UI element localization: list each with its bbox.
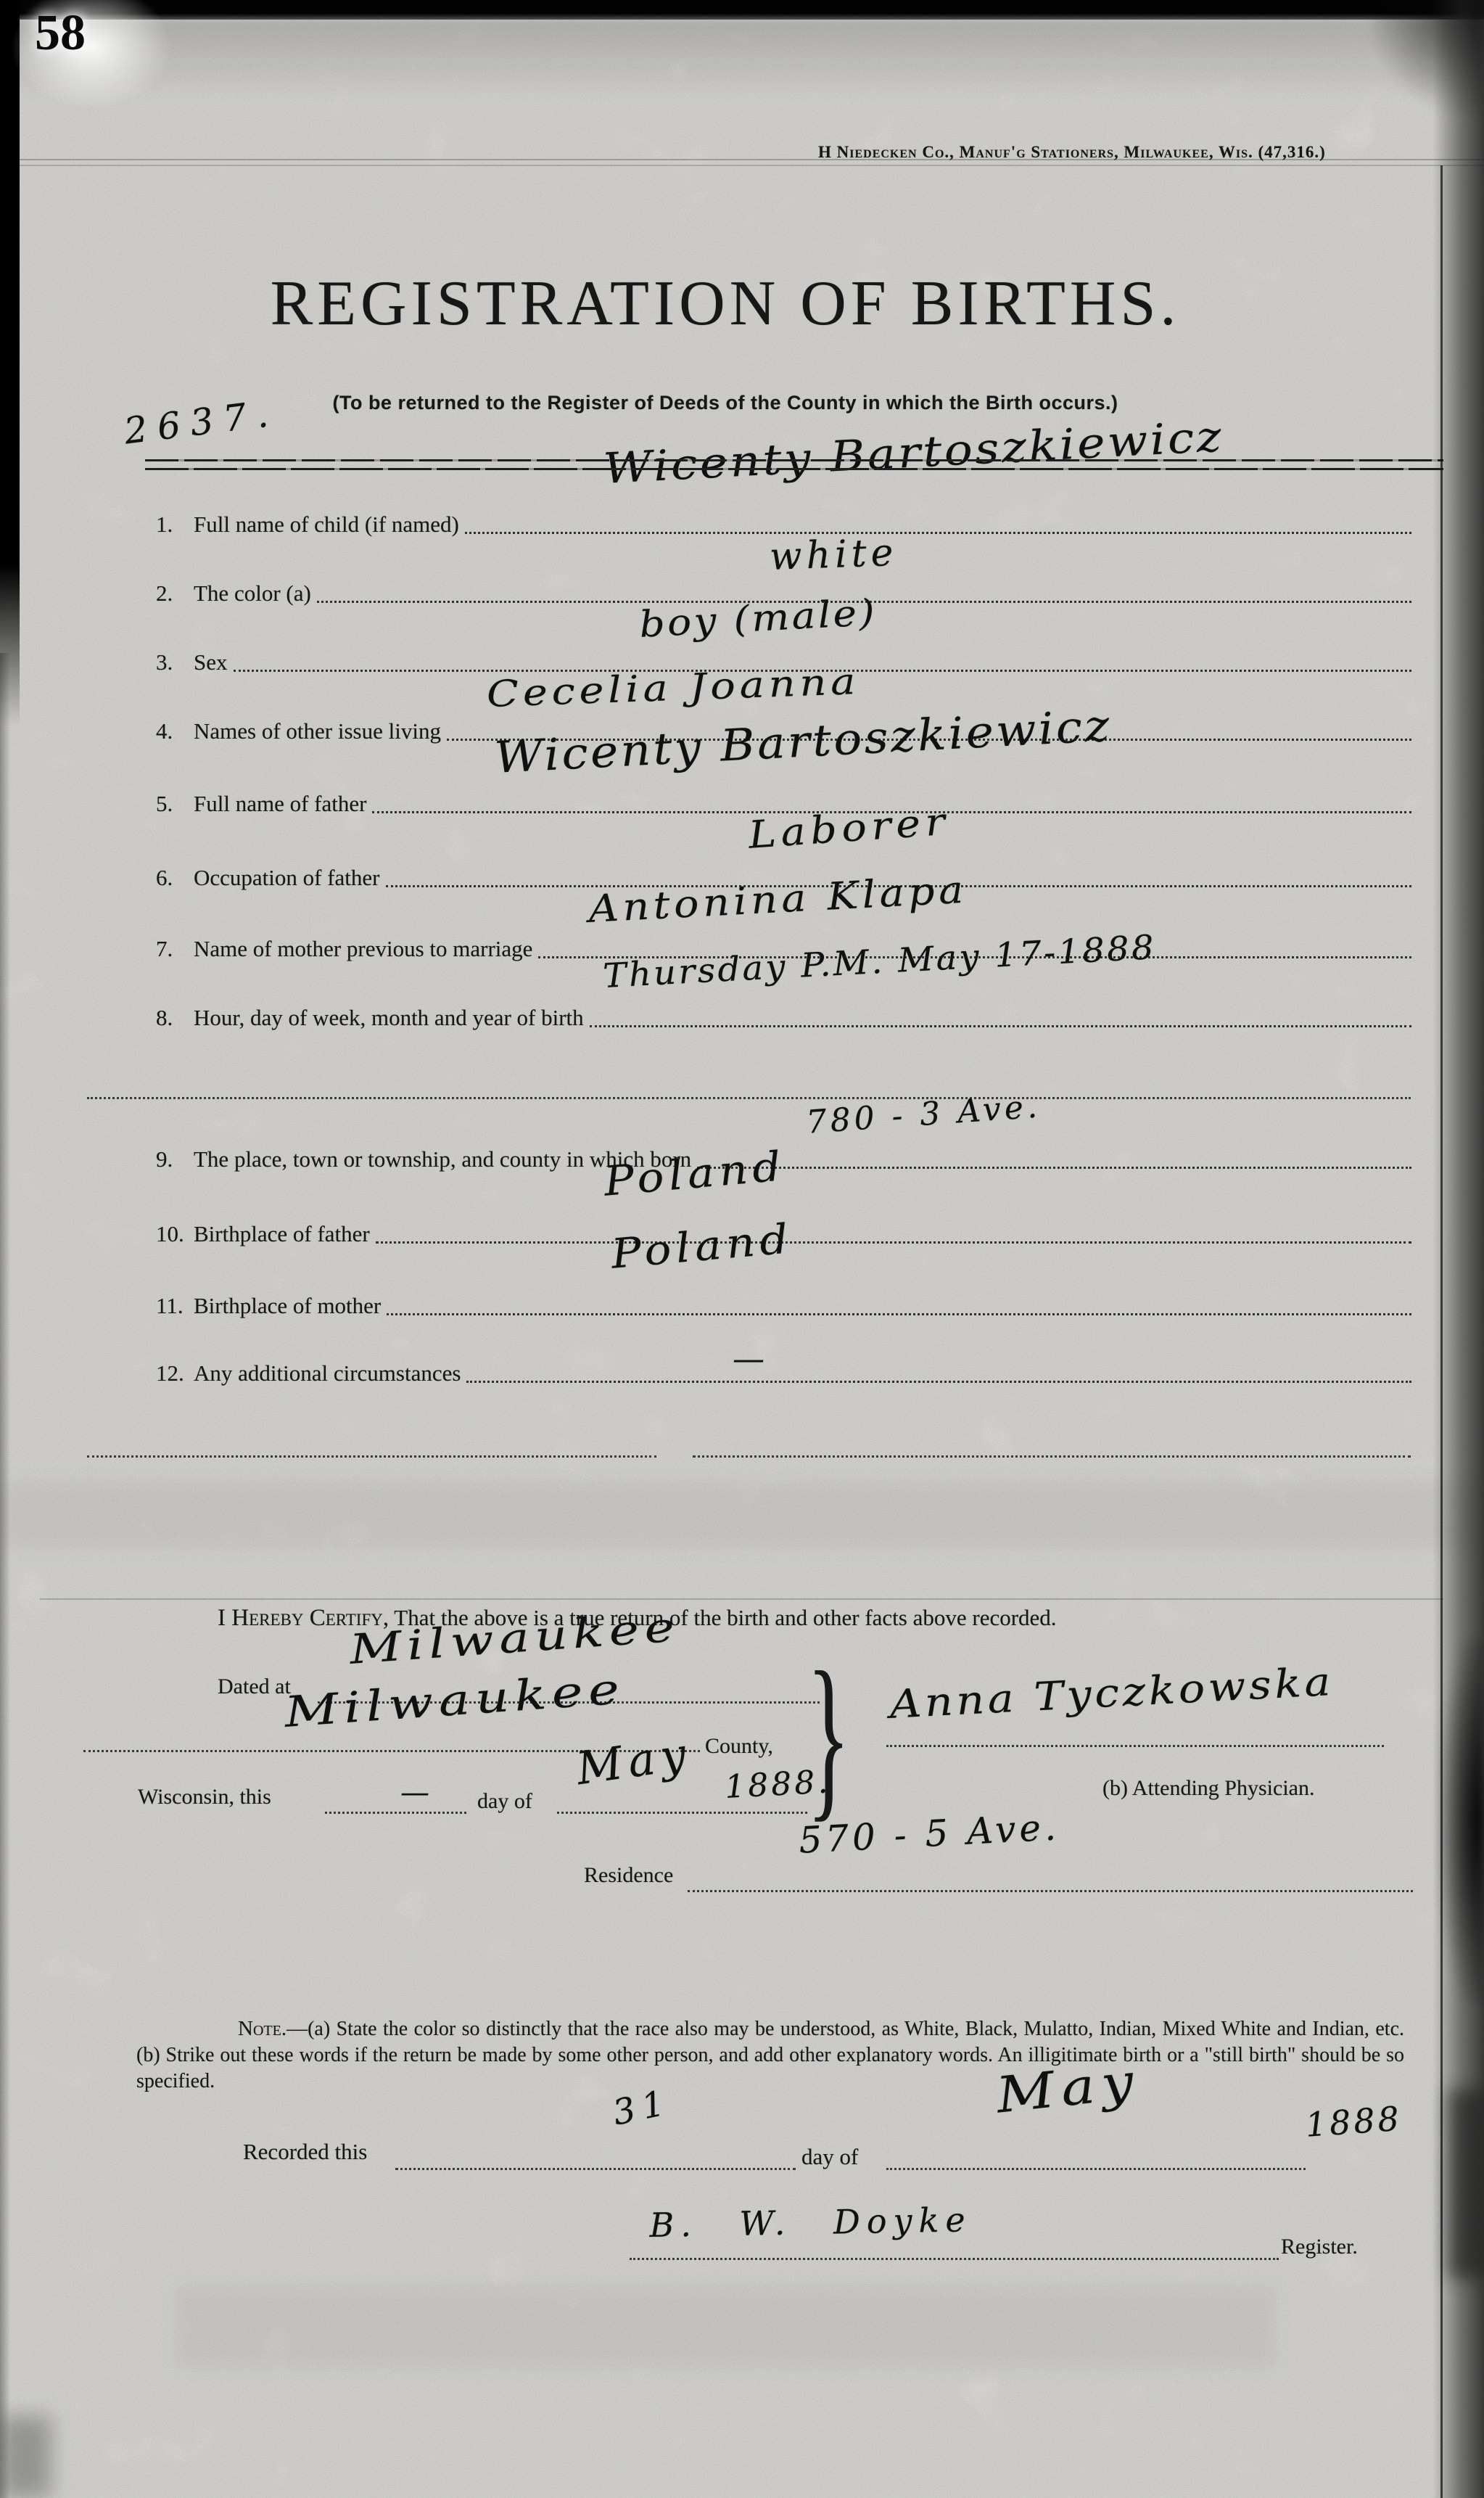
top-border-shadow <box>0 0 1484 20</box>
field-label: Names of other issue living <box>194 718 447 744</box>
dotted-fill-line <box>376 1241 1411 1244</box>
field-label: Full name of child (if named) <box>194 511 465 538</box>
certification-top-rule <box>40 1598 1443 1600</box>
residence-dotted-line <box>688 1890 1413 1892</box>
imprint-rule-2 <box>0 165 1484 166</box>
footnote-text: (a) State the color so distinctly that t… <box>136 2018 1404 2092</box>
field-row-1: 1.Full name of child (if named) <box>156 504 1411 538</box>
field-number: 5. <box>156 791 194 817</box>
bottom-left-corner-shadow <box>0 2416 51 2498</box>
register-dotted-line <box>630 2258 1279 2260</box>
field-label: Occupation of father <box>194 865 386 891</box>
document-title: REGISTRATION OF BIRTHS. <box>87 267 1364 340</box>
scan-gray-band-lower <box>174 2285 1277 2369</box>
field-label: Name of mother previous to marriage <box>194 936 538 962</box>
right-edge-shadow <box>1433 0 1484 2498</box>
right-edge-line <box>1440 165 1443 2498</box>
state-month-dotted-line <box>557 1812 807 1814</box>
handwritten-birth-place: 780 - 3 Ave. <box>805 1088 1042 1141</box>
field-row-11: 11.Birthplace of mother <box>156 1286 1411 1319</box>
footnote-lead: Note.— <box>238 2017 308 2040</box>
field-label: Birthplace of mother <box>194 1293 387 1319</box>
handwritten-recorded-year: 1888 <box>1304 2099 1403 2145</box>
top-right-corner-shadow <box>1371 0 1484 116</box>
field-number: 10. <box>156 1221 194 1247</box>
field-label: Hour, day of week, month and year of bir… <box>194 1005 590 1031</box>
field-label: Any additional circumstances <box>194 1360 466 1386</box>
dotted-fill-line <box>697 1167 1411 1169</box>
field-label: Full name of father <box>194 791 372 817</box>
residence-label: Residence <box>584 1863 673 1888</box>
state-day-dotted-line <box>325 1812 466 1814</box>
top-edge-haze <box>0 19 1484 99</box>
certification-brace: } <box>807 1656 850 1815</box>
handwritten-color: white <box>769 531 898 579</box>
blank-continuation-line <box>87 1097 1411 1099</box>
recorded-month-dotted-line <box>886 2168 1306 2170</box>
field-number: 4. <box>156 718 194 744</box>
blank-continuation-line <box>693 1455 1411 1458</box>
field-number: 7. <box>156 936 194 962</box>
left-border-shadow <box>0 0 20 726</box>
stationer-imprint: H Niedecken Co., Manuf'g Stationers, Mil… <box>818 143 1326 162</box>
field-number: 3. <box>156 649 194 675</box>
blank-continuation-line <box>87 1455 656 1458</box>
field-label: Birthplace of father <box>194 1221 376 1247</box>
field-label: Sex <box>194 649 234 675</box>
field-number: 12. <box>156 1360 194 1386</box>
scanned-birth-registration-document: 58 H Niedecken Co., Manuf'g Stationers, … <box>0 0 1484 2498</box>
handwritten-county: Milwaukee <box>283 1664 626 1737</box>
dotted-fill-line <box>590 1025 1411 1027</box>
dotted-fill-line <box>387 1313 1411 1315</box>
handwritten-register-signature: B. W. Doyke <box>649 2200 972 2245</box>
state-line-prefix: Wisconsin, this <box>138 1785 271 1809</box>
field-number: 11. <box>156 1293 194 1319</box>
page-number: 58 <box>35 4 86 62</box>
left-edge-haze <box>0 653 10 2498</box>
field-number: 9. <box>156 1146 194 1172</box>
dotted-fill-line <box>466 1381 1411 1383</box>
handwritten-month: May <box>573 1727 695 1795</box>
scan-gray-band-upper <box>0 1480 1484 1549</box>
handwritten-physician-signature: Anna Tyczkowska <box>889 1659 1335 1727</box>
signature-dotted-line <box>886 1745 1384 1747</box>
field-number: 6. <box>156 865 194 891</box>
recorded-day-dotted-line <box>395 2168 796 2170</box>
attending-physician-label: (b) Attending Physician. <box>1102 1776 1314 1801</box>
right-edge-dark-blob-lower <box>1447 2090 1484 2278</box>
field-row-8: 8.Hour, day of week, month and year of b… <box>156 998 1411 1031</box>
register-label: Register. <box>1281 2235 1358 2259</box>
field-number: 8. <box>156 1005 194 1031</box>
handwritten-additional-circumstances: — <box>733 1341 767 1378</box>
document-subtitle: (To be returned to the Register of Deeds… <box>87 392 1364 414</box>
dated-at-label: Dated at <box>218 1675 291 1699</box>
day-of-label: day of <box>477 1789 532 1814</box>
field-number: 2. <box>156 580 194 607</box>
field-row-12: 12.Any additional circumstances <box>156 1353 1411 1386</box>
county-label: County, <box>705 1734 773 1759</box>
handwritten-child-name: Wicenty Bartoszkiewicz <box>602 411 1225 493</box>
recorded-day-of-label: day of <box>801 2144 858 2170</box>
recorded-prefix: Recorded this <box>243 2139 367 2165</box>
handwritten-day-dash: — <box>400 1776 432 1809</box>
right-edge-dark-blob <box>1440 1640 1484 2002</box>
field-label: The color (a) <box>194 580 317 607</box>
footnote: Note.—(a) State the color so distinctly … <box>136 2016 1404 2095</box>
field-number: 1. <box>156 511 194 538</box>
dotted-fill-line <box>465 532 1411 534</box>
